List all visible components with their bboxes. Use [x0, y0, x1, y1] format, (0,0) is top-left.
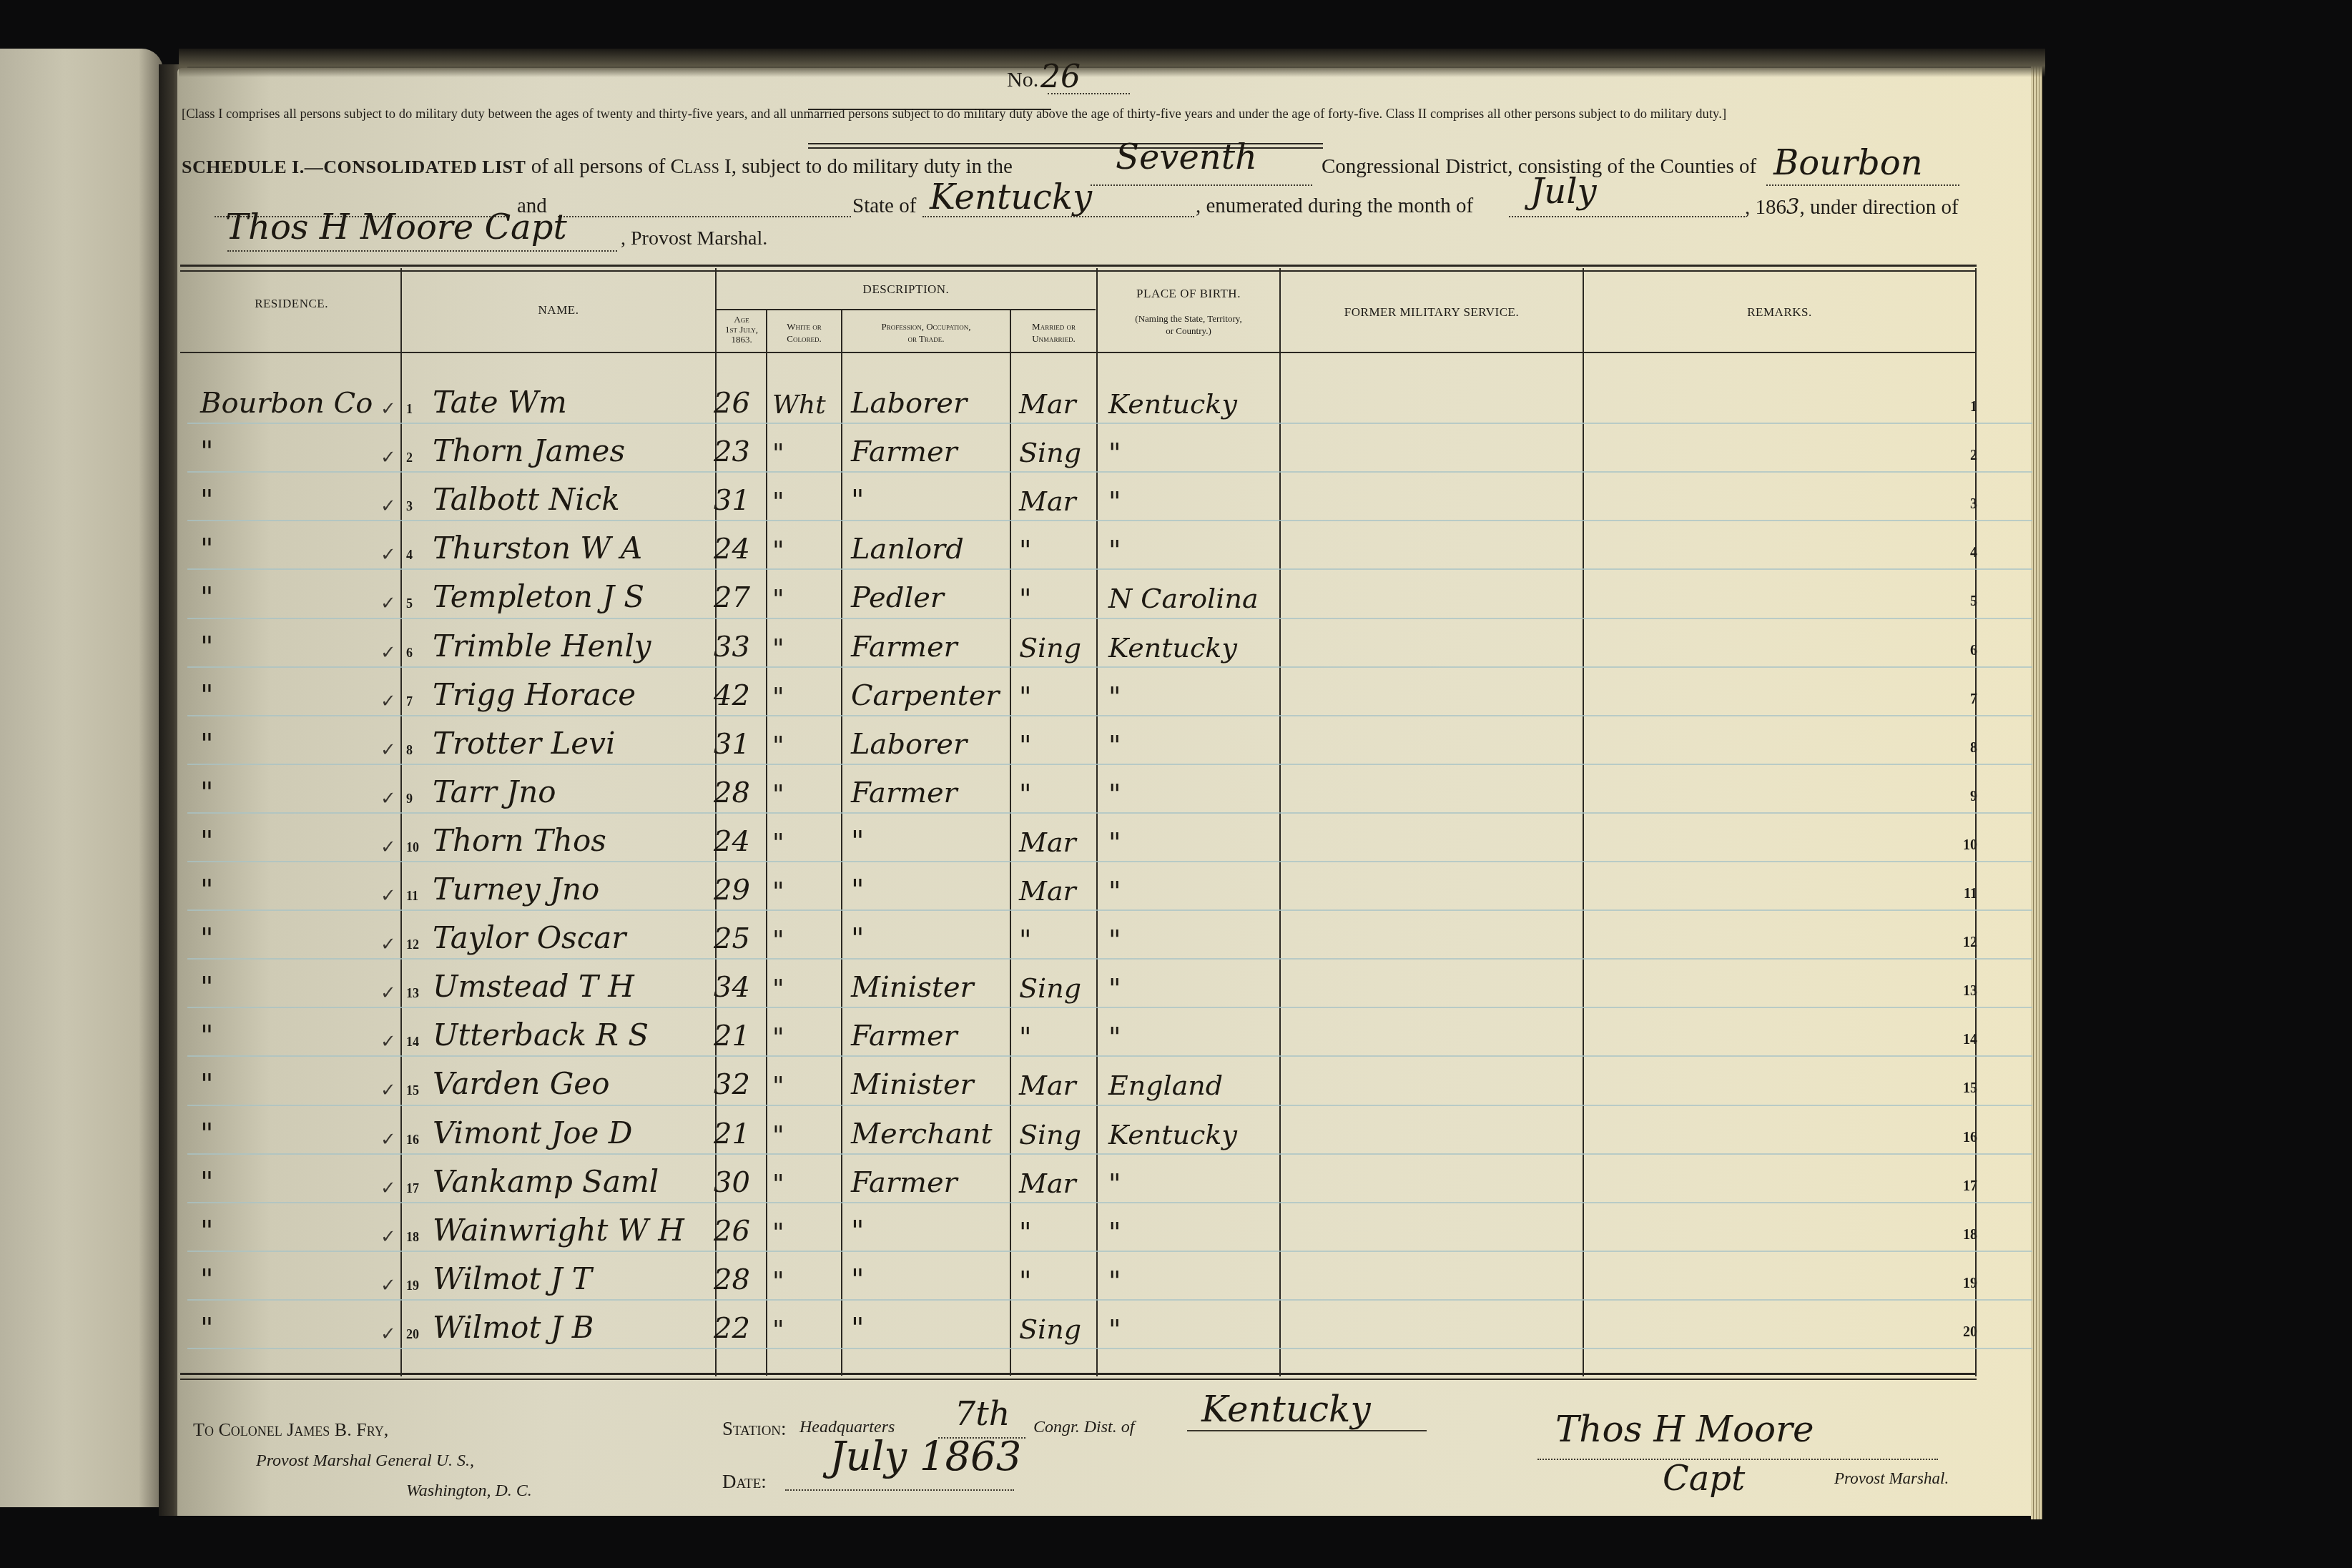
profession-cell: " [851, 484, 864, 517]
row-number: 14 [406, 1035, 419, 1050]
age-cell: 27 [714, 581, 750, 614]
year-block: , 1863, under direction of [1745, 194, 1959, 220]
married-cell: " [1019, 583, 1031, 614]
header-place-of-birth: PLACE OF BIRTH. [1098, 287, 1279, 300]
white-colored-cell: " [772, 1072, 784, 1101]
marshal-line [227, 250, 617, 252]
married-cell: " [1019, 1265, 1031, 1296]
header-birth-sub-l2: or Country.) [1098, 325, 1279, 337]
age-cell: 32 [714, 1068, 750, 1101]
blank-line-2 [558, 216, 851, 217]
date-line [785, 1489, 1014, 1491]
right-row-number: 12 [1949, 935, 1977, 951]
white-colored-cell: " [772, 731, 784, 761]
residence-cell: " [200, 825, 379, 858]
residence-cell: " [200, 1068, 379, 1101]
row-number: 9 [406, 792, 413, 807]
table-row: " ✓ 10 Thorn Thos 24 " " Mar " 10 [179, 815, 1981, 864]
white-colored-cell: " [772, 1267, 784, 1296]
schedule-class: Class I, [671, 155, 737, 178]
profession-cell: " [851, 874, 864, 907]
birthplace-cell: " [1108, 875, 1121, 907]
state-label: State of [852, 194, 916, 218]
header-age-l2: 1st July, [717, 325, 767, 335]
row-number: 4 [406, 548, 413, 563]
header-prof-l1: Profession, Occupation, [842, 320, 1010, 332]
right-row-number: 10 [1949, 837, 1977, 854]
age-cell: 28 [714, 1263, 750, 1296]
check-mark-icon: ✓ [380, 447, 395, 468]
married-cell: " [1019, 729, 1031, 761]
age-cell: 24 [714, 825, 750, 858]
age-cell: 26 [714, 1215, 750, 1248]
check-mark-icon: ✓ [380, 1226, 395, 1248]
married-cell: Sing [1019, 1119, 1081, 1150]
birthplace-cell: " [1108, 1168, 1121, 1199]
header-birth-sub: (Naming the State, Territory, or Country… [1098, 312, 1279, 337]
name-cell: Thorn James [433, 433, 625, 468]
signature-name: Thos H Moore [1555, 1409, 1814, 1450]
age-cell: 21 [714, 1118, 750, 1150]
profession-cell: Merchant [851, 1118, 993, 1150]
white-colored-cell: Wht [772, 390, 826, 420]
right-row-number: 18 [1949, 1227, 1977, 1243]
table-row: " ✓ 19 Wilmot J T 28 " " " " 19 [179, 1253, 1981, 1302]
station-state: Kentucky [1201, 1389, 1371, 1430]
table-row: " ✓ 13 Umstead T H 34 " Minister Sing " … [179, 961, 1981, 1010]
birthplace-cell: " [1108, 681, 1121, 712]
district-line [1091, 184, 1312, 186]
counties-value: Bourbon [1773, 143, 1923, 183]
white-colored-cell: " [772, 1218, 784, 1248]
row-number: 6 [406, 646, 413, 661]
row-number: 16 [406, 1133, 419, 1148]
name-cell: Trigg Horace [433, 677, 636, 712]
birthplace-cell: " [1108, 485, 1121, 517]
white-colored-cell: " [772, 829, 784, 858]
white-colored-cell: " [772, 1023, 784, 1052]
table-row: " ✓ 14 Utterback R S 21 " Farmer " " 14 [179, 1010, 1981, 1058]
check-mark-icon: ✓ [380, 982, 395, 1004]
name-cell: Trimble Henly [433, 628, 651, 664]
birthplace-cell: " [1108, 729, 1121, 761]
station-congr: Congr. Dist. of [1033, 1418, 1134, 1437]
check-mark-icon: ✓ [380, 934, 395, 955]
right-row-number: 11 [1949, 886, 1977, 902]
row-number: 7 [406, 694, 413, 709]
white-colored-cell: " [772, 780, 784, 809]
station-label: Station: [722, 1418, 787, 1440]
age-cell: 31 [714, 484, 750, 517]
age-cell: 25 [714, 922, 750, 955]
top-shadow [179, 49, 2045, 77]
table-row: " ✓ 18 Wainwright W H 26 " " " " 18 [179, 1205, 1981, 1253]
married-cell: " [1019, 681, 1031, 712]
check-mark-icon: ✓ [380, 1275, 395, 1296]
row-number: 17 [406, 1181, 419, 1196]
residence-cell: " [200, 922, 379, 955]
name-cell: Tarr Jno [433, 774, 556, 809]
birthplace-cell: " [1108, 437, 1121, 468]
married-cell: Mar [1019, 875, 1076, 907]
enumerated-label: , enumerated during the month of [1196, 194, 1473, 218]
married-cell: Mar [1019, 827, 1076, 858]
signature-rank: Capt [1663, 1459, 1745, 1499]
residence-cell: Bourbon Co [200, 387, 379, 420]
married-cell: Sing [1019, 632, 1081, 664]
residence-cell: " [200, 1020, 379, 1052]
table-row: " ✓ 12 Taylor Oscar 25 " " " " 12 [179, 912, 1981, 961]
header-profession: Profession, Occupation, or Trade. [842, 320, 1010, 345]
name-cell: Wilmot J B [433, 1310, 594, 1345]
table-row: " ✓ 8 Trotter Levi 31 " Laborer " " 8 [179, 718, 1981, 766]
profession-cell: Laborer [851, 728, 967, 761]
check-mark-icon: ✓ [380, 593, 395, 614]
name-cell: Utterback R S [433, 1017, 649, 1052]
check-mark-icon: ✓ [380, 885, 395, 907]
profession-cell: Farmer [851, 631, 958, 664]
name-cell: Trotter Levi [433, 726, 615, 761]
residence-cell: " [200, 728, 379, 761]
table-row: " ✓ 2 Thorn James 23 " Farmer Sing " 2 [179, 425, 1981, 474]
birthplace-cell: Kentucky [1108, 632, 1237, 664]
right-row-number: 13 [1949, 983, 1977, 1000]
age-cell: 31 [714, 728, 750, 761]
married-cell: " [1019, 1021, 1031, 1052]
birthplace-cell: " [1108, 1021, 1121, 1052]
right-row-number: 14 [1949, 1032, 1977, 1048]
row-number: 2 [406, 450, 413, 465]
row-number: 8 [406, 743, 413, 758]
white-colored-cell: " [772, 1121, 784, 1150]
check-mark-icon: ✓ [380, 1031, 395, 1052]
table-row: " ✓ 5 Templeton J S 27 " Pedler " N Caro… [179, 571, 1981, 620]
profession-cell: Carpenter [851, 679, 999, 712]
table-row: " ✓ 4 Thurston W A 24 " Lanlord " " 4 [179, 523, 1981, 571]
residence-cell: " [200, 971, 379, 1004]
birthplace-cell: " [1108, 827, 1121, 858]
profession-cell: " [851, 1312, 864, 1345]
header-white-colored: White or Colored. [767, 320, 841, 345]
profession-cell: Minister [851, 1068, 974, 1101]
date-value: July 1863 [830, 1434, 1021, 1480]
age-cell: 23 [714, 435, 750, 468]
residence-cell: " [200, 776, 379, 809]
table-top-rule [180, 265, 1977, 272]
white-colored-cell: " [772, 536, 784, 566]
page-edge-stack [2031, 54, 2042, 1519]
profession-cell: Farmer [851, 776, 958, 809]
under-direction: , under direction of [1799, 196, 1958, 219]
row-number: 12 [406, 937, 419, 952]
birthplace-cell: Kentucky [1108, 1119, 1237, 1150]
profession-cell: " [851, 825, 864, 858]
right-row-number: 6 [1949, 643, 1977, 659]
table-row: " ✓ 20 Wilmot J B 22 " " Sing " 20 [179, 1302, 1981, 1351]
white-colored-cell: " [772, 1170, 784, 1199]
check-mark-icon: ✓ [380, 495, 395, 517]
month-line [1509, 216, 1745, 217]
row-number: 20 [406, 1327, 419, 1342]
description-subrule [717, 309, 1096, 310]
table-bottom-rule [180, 1373, 1977, 1380]
header-name: NAME. [402, 304, 715, 316]
row-number: 3 [406, 499, 413, 514]
birthplace-cell: Kentucky [1108, 388, 1237, 420]
table-row: " ✓ 17 Vankamp Saml 30 " Farmer Mar " 17 [179, 1156, 1981, 1205]
name-cell: Tate Wm [433, 385, 567, 420]
right-row-number: 8 [1949, 740, 1977, 756]
marshal-name: Thos H Moore Capt [225, 207, 567, 247]
residence-cell: " [200, 1312, 379, 1345]
header-age-l1: Age [717, 315, 767, 325]
married-cell: Sing [1019, 1313, 1081, 1345]
name-cell: Varden Geo [433, 1066, 609, 1101]
birthplace-cell: " [1108, 1265, 1121, 1296]
check-mark-icon: ✓ [380, 642, 395, 664]
schedule-text-2: subject to do military duty in the [742, 155, 1013, 178]
residence-cell: " [200, 533, 379, 566]
row-number: 10 [406, 840, 419, 855]
header-residence: RESIDENCE. [182, 297, 400, 310]
row-number: 1 [406, 402, 413, 417]
white-colored-cell: " [772, 634, 784, 664]
name-cell: Vankamp Saml [433, 1164, 659, 1199]
profession-cell: Minister [851, 971, 974, 1004]
header-bottom-rule [180, 352, 1977, 353]
white-colored-cell: " [772, 585, 784, 614]
table-row: " ✓ 6 Trimble Henly 33 " Farmer Sing Ken… [179, 621, 1981, 669]
name-cell: Thorn Thos [433, 823, 606, 858]
profession-cell: " [851, 1215, 864, 1248]
header-mar-l1: Married or [1011, 320, 1096, 332]
right-row-number: 17 [1949, 1178, 1977, 1195]
profession-cell: Pedler [851, 581, 944, 614]
married-cell: " [1019, 778, 1031, 809]
table-row: " ✓ 15 Varden Geo 32 " Minister Mar Engl… [179, 1058, 1981, 1107]
right-row-number: 15 [1949, 1080, 1977, 1097]
row-number: 5 [406, 596, 413, 611]
profession-cell: Lanlord [851, 533, 964, 566]
birthplace-cell: N Carolina [1108, 583, 1259, 614]
right-row-number: 4 [1949, 545, 1977, 561]
name-cell: Turney Jno [433, 872, 599, 907]
name-cell: Talbott Nick [433, 482, 620, 517]
schedule-line-1: SCHEDULE I.—CONSOLIDATED LIST of all per… [182, 155, 1013, 179]
signature-title: Provost Marshal. [1834, 1469, 1949, 1488]
check-mark-icon: ✓ [380, 1080, 395, 1101]
white-colored-cell: " [772, 975, 784, 1004]
check-mark-icon: ✓ [380, 1323, 395, 1345]
residence-cell: " [200, 631, 379, 664]
right-row-number: 7 [1949, 691, 1977, 708]
residence-cell: " [200, 1166, 379, 1199]
married-cell: Mar [1019, 388, 1076, 420]
header-prof-l2: or Trade. [842, 332, 1010, 345]
footer-to-place: Washington, D. C. [406, 1481, 532, 1501]
name-cell: Templeton J S [433, 579, 644, 614]
footer-to-title: Provost Marshal General U. S., [256, 1451, 474, 1471]
schedule-title: SCHEDULE I.—CONSOLIDATED LIST [182, 157, 526, 177]
table-row: " ✓ 16 Vimont Joe D 21 " Merchant Sing K… [179, 1108, 1981, 1156]
date-label: Date: [722, 1471, 767, 1493]
check-mark-icon: ✓ [380, 544, 395, 566]
right-row-number: 1 [1949, 399, 1977, 415]
white-colored-cell: " [772, 488, 784, 517]
name-cell: Umstead T H [433, 969, 634, 1004]
married-cell: Sing [1019, 972, 1081, 1004]
profession-cell: " [851, 1263, 864, 1296]
residence-cell: " [200, 581, 379, 614]
birthplace-cell: " [1108, 972, 1121, 1004]
birthplace-cell: " [1108, 778, 1121, 809]
district-ordinal: Seventh [1116, 137, 1257, 177]
residence-cell: " [200, 484, 379, 517]
birthplace-cell: " [1108, 1313, 1121, 1345]
married-cell: Mar [1019, 485, 1076, 517]
right-row-number: 2 [1949, 448, 1977, 464]
header-married: Married or Unmarried. [1011, 320, 1096, 345]
profession-cell: Farmer [851, 1166, 958, 1199]
month-value: July [1530, 172, 1597, 212]
table-row: " ✓ 11 Turney Jno 29 " " Mar " 11 [179, 864, 1981, 912]
profession-cell: " [851, 922, 864, 955]
schedule-text-1: of all persons of [531, 155, 666, 178]
row-number: 18 [406, 1230, 419, 1245]
age-cell: 24 [714, 533, 750, 566]
state-value: Kentucky [930, 177, 1092, 217]
age-cell: 33 [714, 631, 750, 664]
white-colored-cell: " [772, 926, 784, 955]
right-row-number: 19 [1949, 1276, 1977, 1292]
year-digit: 3 [1786, 194, 1799, 219]
residence-cell: " [200, 874, 379, 907]
profession-cell: Laborer [851, 387, 967, 420]
header-white-l2: Colored. [767, 332, 841, 345]
header-remarks: REMARKS. [1584, 306, 1975, 318]
birthplace-cell: " [1108, 924, 1121, 955]
age-cell: 30 [714, 1166, 750, 1199]
age-cell: 34 [714, 971, 750, 1004]
age-cell: 29 [714, 874, 750, 907]
header-former-military: FORMER MILITARY SERVICE. [1281, 306, 1583, 318]
header-birth-sub-l1: (Naming the State, Territory, [1098, 312, 1279, 325]
married-cell: " [1019, 924, 1031, 955]
check-mark-icon: ✓ [380, 1178, 395, 1199]
profession-cell: Farmer [851, 1020, 958, 1052]
birthplace-cell: " [1108, 534, 1121, 566]
right-row-number: 16 [1949, 1130, 1977, 1146]
birthplace-cell: England [1108, 1070, 1223, 1101]
white-colored-cell: " [772, 1316, 784, 1345]
table-row: " ✓ 9 Tarr Jno 28 " Farmer " " 9 [179, 766, 1981, 815]
profession-cell: Farmer [851, 435, 958, 468]
name-cell: Vimont Joe D [433, 1115, 632, 1150]
age-cell: 22 [714, 1312, 750, 1345]
residence-cell: " [200, 1215, 379, 1248]
residence-cell: " [200, 435, 379, 468]
check-mark-icon: ✓ [380, 837, 395, 858]
white-colored-cell: " [772, 439, 784, 468]
check-mark-icon: ✓ [380, 691, 395, 712]
counties-line [1766, 184, 1959, 186]
class-note: [Class I comprises all persons subject t… [182, 107, 1726, 122]
name-cell: Taylor Oscar [433, 920, 626, 955]
white-colored-cell: " [772, 683, 784, 712]
form-number-label: No. [1007, 68, 1038, 92]
row-number: 15 [406, 1083, 419, 1098]
header-mar-l2: Unmarried. [1011, 332, 1096, 345]
name-cell: Wilmot J T [433, 1261, 592, 1296]
age-cell: 28 [714, 776, 750, 809]
name-cell: Wainwright W H [433, 1213, 684, 1248]
married-cell: " [1019, 534, 1031, 566]
residence-cell: " [200, 1118, 379, 1150]
header-description: DESCRIPTION. [717, 283, 1096, 295]
left-page [0, 49, 163, 1507]
marshal-title: , Provost Marshal. [621, 227, 767, 250]
right-row-number: 5 [1949, 593, 1977, 610]
married-cell: Mar [1019, 1168, 1076, 1199]
residence-cell: " [200, 679, 379, 712]
married-cell: " [1019, 1216, 1031, 1248]
married-cell: Mar [1019, 1070, 1076, 1101]
check-mark-icon: ✓ [380, 1129, 395, 1150]
check-mark-icon: ✓ [380, 788, 395, 809]
row-number: 13 [406, 986, 419, 1001]
married-cell: Sing [1019, 437, 1081, 468]
year-prefix: , 186 [1745, 196, 1786, 219]
header-white-l1: White or [767, 320, 841, 332]
station-district: 7th [955, 1394, 1010, 1433]
form-number-value: 26 [1040, 59, 1081, 95]
row-number: 19 [406, 1278, 419, 1293]
header-age-l3: 1863. [717, 335, 767, 345]
table-row: " ✓ 7 Trigg Horace 42 " Carpenter " " 7 [179, 669, 1981, 718]
check-mark-icon: ✓ [380, 398, 395, 420]
right-row-number: 3 [1949, 496, 1977, 513]
white-colored-cell: " [772, 877, 784, 907]
right-row-number: 9 [1949, 789, 1977, 805]
station-state-line [1187, 1430, 1427, 1431]
name-cell: Thurston W A [433, 531, 642, 566]
footer-to-line: To Colonel James B. Fry, [193, 1419, 388, 1441]
right-row-number: 20 [1949, 1324, 1977, 1341]
age-cell: 21 [714, 1020, 750, 1052]
header-age: Age 1st July, 1863. [717, 315, 767, 345]
birthplace-cell: " [1108, 1216, 1121, 1248]
residence-cell: " [200, 1263, 379, 1296]
table-row: Bourbon Co ✓ 1 Tate Wm 26 Wht Laborer Ma… [179, 377, 1981, 425]
age-cell: 42 [714, 679, 750, 712]
row-number: 11 [406, 889, 418, 904]
table-row: " ✓ 3 Talbott Nick 31 " " Mar " 3 [179, 474, 1981, 523]
age-cell: 26 [714, 387, 750, 420]
check-mark-icon: ✓ [380, 739, 395, 761]
